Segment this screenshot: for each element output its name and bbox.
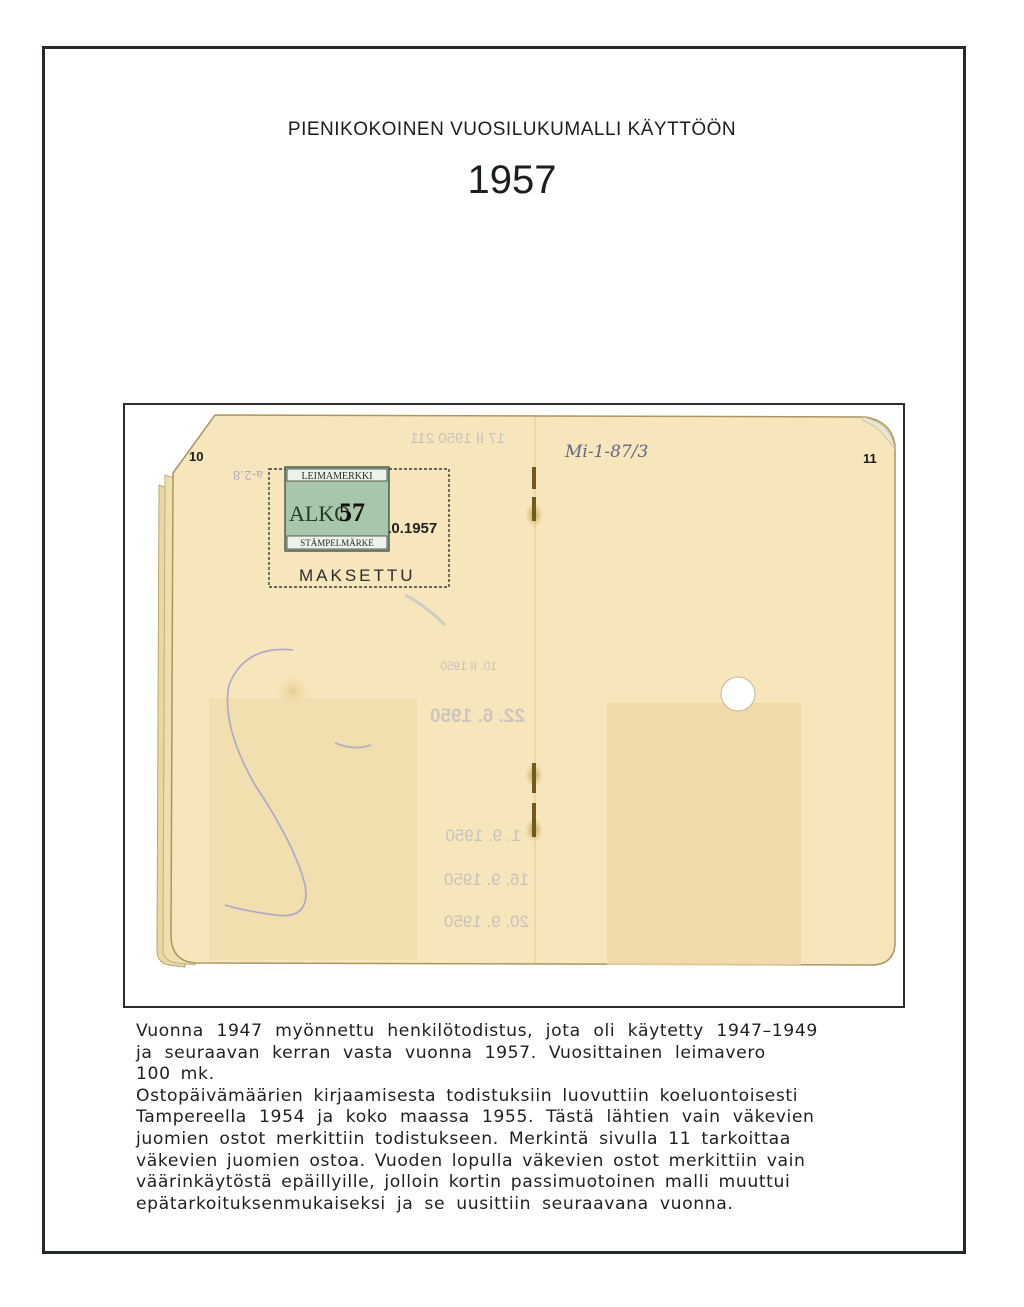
handwritten-note: Mi-1-87/3: [564, 442, 648, 462]
svg-text:17 II 1950 211: 17 II 1950 211: [410, 430, 505, 447]
caption-line: väärinkäytöstä epäillyille, jolloin kort…: [136, 1172, 896, 1194]
caption-line: Ostopäivämäärien kirjaamisesta todistuks…: [136, 1086, 896, 1108]
caption-line: epätarkoituksenmukaiseksi ja se uusittii…: [136, 1194, 896, 1216]
caption-text: Vuonna 1947 myönnettu henkilötodistus, j…: [136, 1021, 896, 1215]
stamp-top-text: LEIMAMERKKI: [301, 471, 372, 482]
svg-text:a-2.8: a-2.8: [233, 468, 263, 482]
right-page-number: 11: [863, 451, 877, 466]
caption-line: Vuonna 1947 myönnettu henkilötodistus, j…: [136, 1021, 896, 1043]
svg-text:16. 9. 1950: 16. 9. 1950: [444, 870, 529, 889]
svg-text:20. 9. 1950: 20. 9. 1950: [444, 912, 529, 931]
identity-card-booklet-image: 10 11 MAKSETTU 10.1957 LEIMAMERKKI ALKO …: [125, 405, 903, 1006]
exhibit-photo-frame: 10 11 MAKSETTU 10.1957 LEIMAMERKKI ALKO …: [123, 403, 905, 1008]
caption-line: 100 mk.: [136, 1064, 896, 1086]
alko-revenue-stamp: LEIMAMERKKI ALKO 57 STÄMPELMÄRKE: [285, 467, 389, 551]
left-page-number: 10: [189, 449, 203, 464]
svg-text:10. II 1950: 10. II 1950: [440, 659, 497, 673]
caption-line: juomien ostot merkittiin todistukseen. M…: [136, 1129, 896, 1151]
caption-line: ja seuraavan kerran vasta vuonna 1957. V…: [136, 1043, 896, 1065]
stamp-bottom-text: STÄMPELMÄRKE: [300, 538, 374, 548]
page-heading: PIENIKOKOINEN VUOSILUKUMALLI KÄYTTÖÖN: [0, 119, 1024, 141]
svg-text:22. 6. 1950: 22. 6. 1950: [430, 706, 525, 727]
caption-line: Tampereella 1954 ja koko maassa 1955. Tä…: [136, 1107, 896, 1129]
svg-text:1. 9. 1950: 1. 9. 1950: [445, 826, 521, 845]
stamp-year-overprint: 57: [339, 498, 365, 527]
caption-line: väkevien juomien ostoa. Vuoden lopulla v…: [136, 1151, 896, 1173]
page-year: 1957: [0, 158, 1024, 203]
cancel-date: 10.1957: [383, 520, 437, 537]
maksettu-text: MAKSETTU: [299, 566, 416, 585]
